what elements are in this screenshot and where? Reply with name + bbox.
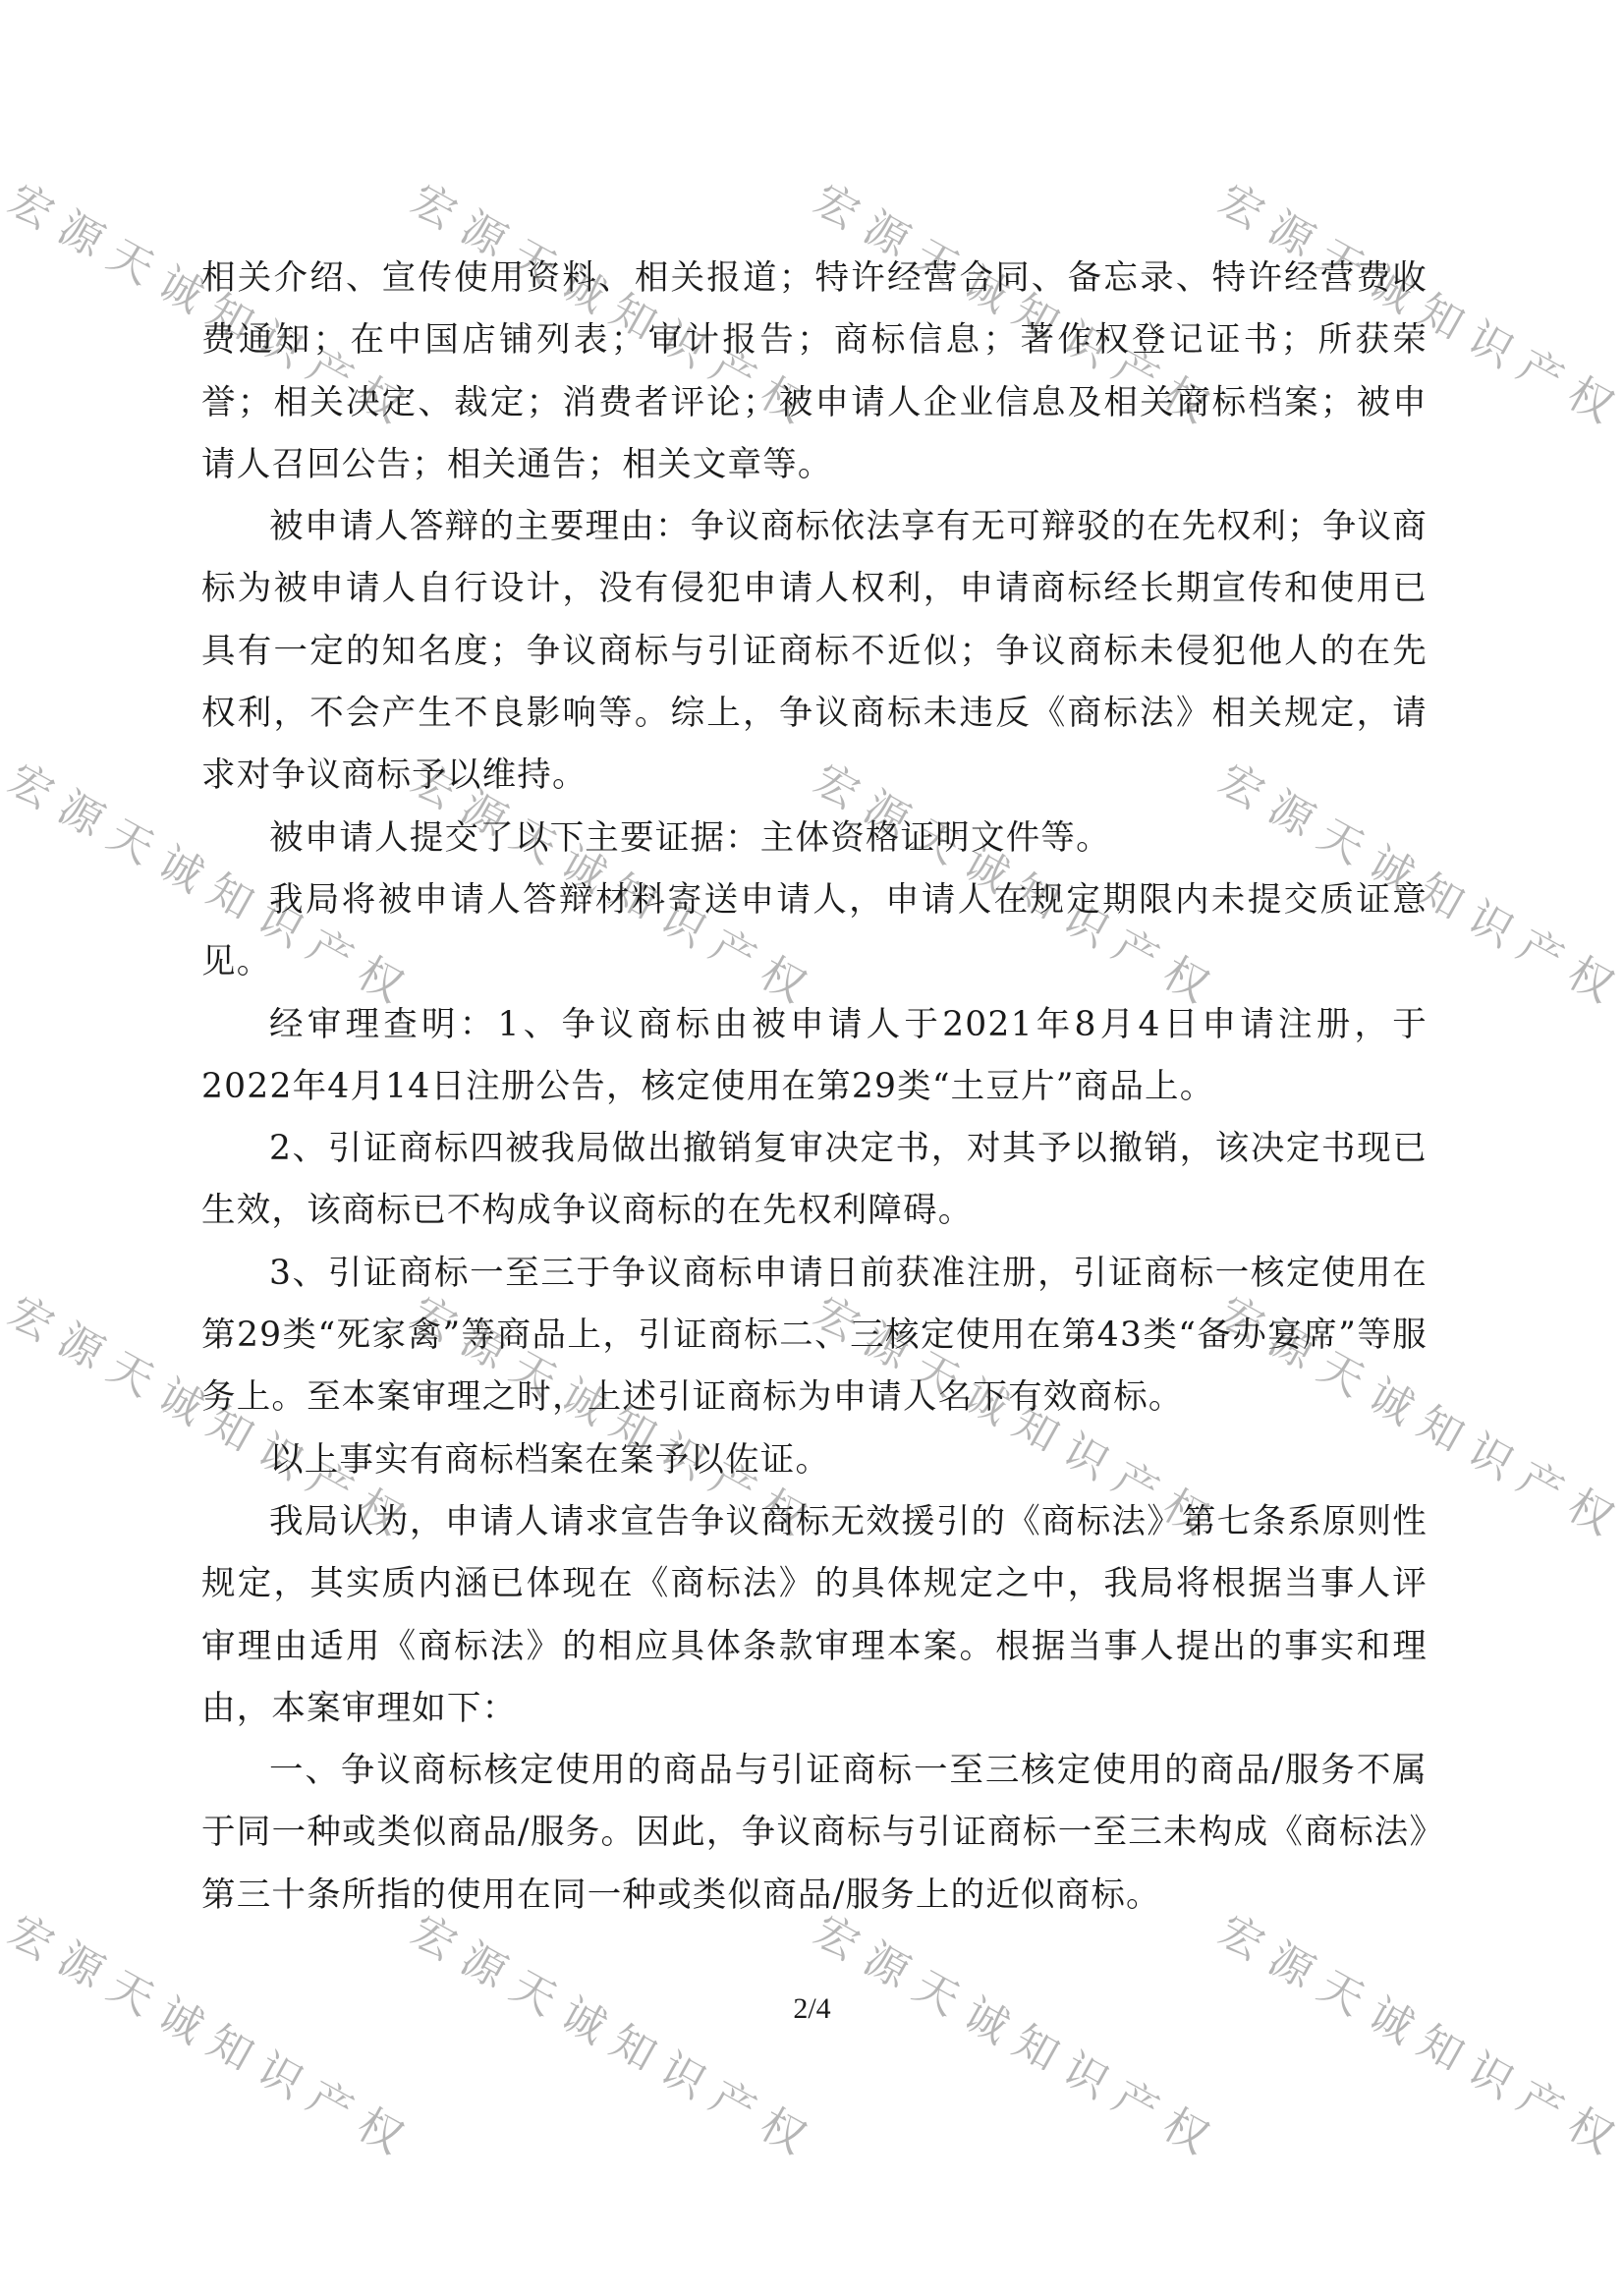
watermark: 宏源天诚知识产权 — [0, 1896, 428, 2172]
paragraph-finding-1: 经审理查明：1、争议商标由被申请人于2021年8月4日申请注册，于2022年4月… — [201, 994, 1428, 1119]
paragraph-finding-3: 3、引证商标一至三于争议商标申请日前获准注册，引证商标一核定使用在第29类“死家… — [201, 1243, 1428, 1429]
paragraph-evidence-note: 以上事实有商标档案在案予以佐证。 — [201, 1429, 1428, 1491]
paragraph-respondent-evidence: 被申请人提交了以下主要证据：主体资格证明文件等。 — [201, 808, 1428, 869]
watermark: 宏源天诚知识产权 — [1209, 1896, 1624, 2172]
paragraph-cross-examination: 我局将被申请人答辩材料寄送申请人，申请人在规定期限内未提交质证意见。 — [201, 869, 1428, 994]
paragraph-evidence-list: 相关介绍、宣传使用资料、相关报道；特许经营合同、备忘录、特许经营费收费通知；在中… — [201, 248, 1428, 496]
document-body: 相关介绍、宣传使用资料、相关报道；特许经营合同、备忘录、特许经营费收费通知；在中… — [201, 248, 1428, 1927]
watermark: 宏源天诚知识产权 — [402, 1896, 831, 2172]
paragraph-ruling-1: 一、争议商标核定使用的商品与引证商标一至三核定使用的商品/服务不属于同一种或类似… — [201, 1740, 1428, 1927]
paragraph-opinion: 我局认为，申请人请求宣告争议商标无效援引的《商标法》第七条系原则性规定，其实质内… — [201, 1491, 1428, 1740]
paragraph-respondent-reasons: 被申请人答辩的主要理由：争议商标依法享有无可辩驳的在先权利；争议商标为被申请人自… — [201, 496, 1428, 807]
document-page: 宏源天诚知识产权 宏源天诚知识产权 宏源天诚知识产权 宏源天诚知识产权 宏源天诚… — [0, 0, 1624, 2295]
watermark: 宏源天诚知识产权 — [805, 1896, 1234, 2172]
paragraph-finding-2: 2、引证商标四被我局做出撤销复审决定书，对其予以撤销，该决定书现已生效，该商标已… — [201, 1118, 1428, 1243]
page-number: 2/4 — [0, 1992, 1624, 2026]
